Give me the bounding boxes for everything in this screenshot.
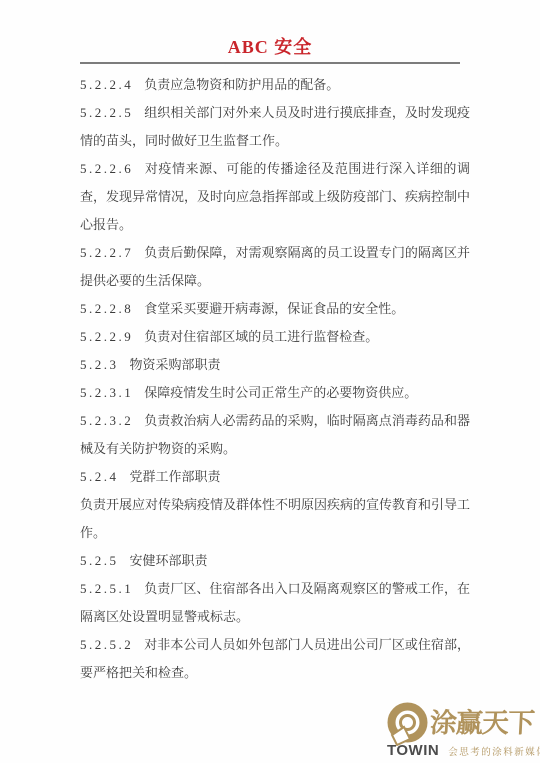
paragraph: 5.2.2.8食堂采买要避开病毒源，保证食品的安全性。 [80,295,470,323]
clause-number: 5.2.2.7 [80,245,133,260]
clause-number: 5.2.3.1 [80,385,133,400]
document-body: 5.2.2.4负责应急物资和防护用品的配备。5.2.2.5组织相关部门对外来人员… [80,71,470,687]
paragraph: 负责开展应对传染病疫情及群体性不明原因疾病的宣传教育和引导工作。 [80,491,470,547]
clause-number: 5.2.5.2 [80,637,133,652]
clause-text: 负责厂区、住宿部各出入口及隔离观察区的警戒工作，在隔离区处设置明显警戒标志。 [80,581,470,624]
clause-number: 5.2.2.5 [80,105,133,120]
brand-name-english: TOWIN [387,742,439,759]
clause-text: 对疫情来源、可能的传播途径及范围进行深入详细的调查，发现异常情况，及时向应急指挥… [80,161,470,232]
clause-text: 负责对住宿部区域的员工进行监督检查。 [144,329,378,344]
clause-number: 5.2.2.9 [80,329,133,344]
clause-number: 5.2.3.2 [80,413,133,428]
clause-number: 5.2.3 [80,357,119,372]
clause-number: 5.2.5.1 [80,581,133,596]
paragraph: 5.2.2.5组织相关部门对外来人员及时进行摸底排查，及时发现疫情的苗头，同时做… [80,99,470,155]
clause-text: 党群工作部职责 [130,469,221,484]
header-divider [80,62,460,64]
paragraph: 5.2.2.9负责对住宿部区域的员工进行监督检查。 [80,323,470,351]
clause-text: 食堂采买要避开病毒源，保证食品的安全性。 [144,301,404,316]
paragraph: 5.2.2.7负责后勤保障，对需观察隔离的员工设置专门的隔离区并提供必要的生活保… [80,239,470,295]
clause-number: 5.2.2.6 [80,161,133,176]
paragraph: 5.2.3.2负责救治病人必需药品的采购，临时隔离点消毒药品和器械及有关防护物资… [80,407,470,463]
paragraph: 5.2.4党群工作部职责 [80,463,470,491]
clause-text: 对非本公司人员如外包部门人员进出公司厂区或住宿部，要严格把关和检查。 [80,637,470,680]
clause-text: 负责后勤保障，对需观察隔离的员工设置专门的隔离区并提供必要的生活保障。 [80,245,470,288]
clause-text: 负责救治病人必需药品的采购，临时隔离点消毒药品和器械及有关防护物资的采购。 [80,413,470,456]
watermark-top-row: 涂赢天下 [385,700,540,746]
clause-number: 5.2.2.8 [80,301,133,316]
clause-text: 物资采购部职责 [130,357,221,372]
clause-number: 5.2.4 [80,469,119,484]
clause-text: 保障疫情发生时公司正常生产的必要物资供应。 [144,385,417,400]
brand-name-chinese: 涂赢天下 [429,710,534,737]
document-header: ABC 安全 [0,0,540,59]
clause-text: 组织相关部门对外来人员及时进行摸底排查，及时发现疫情的苗头，同时做好卫生监督工作… [80,105,470,148]
paragraph: 5.2.3物资采购部职责 [80,351,470,379]
paragraph: 5.2.3.1保障疫情发生时公司正常生产的必要物资供应。 [80,379,470,407]
clause-text: 负责应急物资和防护用品的配备。 [144,77,339,92]
clause-text: 负责开展应对传染病疫情及群体性不明原因疾病的宣传教育和引导工作。 [80,497,470,540]
clause-number: 5.2.5 [80,553,119,568]
towin-watermark: 涂赢天下 TOWIN 会思考的涂料新媒体 [385,700,540,759]
paragraph: 5.2.5.1负责厂区、住宿部各出入口及隔离观察区的警戒工作，在隔离区处设置明显… [80,575,470,631]
document-page: ABC 安全 5.2.2.4负责应急物资和防护用品的配备。5.2.2.5组织相关… [0,0,540,763]
paragraph: 5.2.2.4负责应急物资和防护用品的配备。 [80,71,470,99]
clause-number: 5.2.2.4 [80,77,133,92]
towin-logo-icon [385,700,430,746]
paragraph: 5.2.5.2对非本公司人员如外包部门人员进出公司厂区或住宿部，要严格把关和检查… [80,631,470,687]
brand-tagline: 会思考的涂料新媒体 [448,744,540,758]
clause-text: 安健环部职责 [130,553,208,568]
paragraph: 5.2.2.6对疫情来源、可能的传播途径及范围进行深入详细的调查，发现异常情况，… [80,155,470,239]
watermark-bottom-row: TOWIN 会思考的涂料新媒体 [387,742,540,759]
page-title: ABC 安全 [228,33,313,59]
paragraph: 5.2.5安健环部职责 [80,547,470,575]
